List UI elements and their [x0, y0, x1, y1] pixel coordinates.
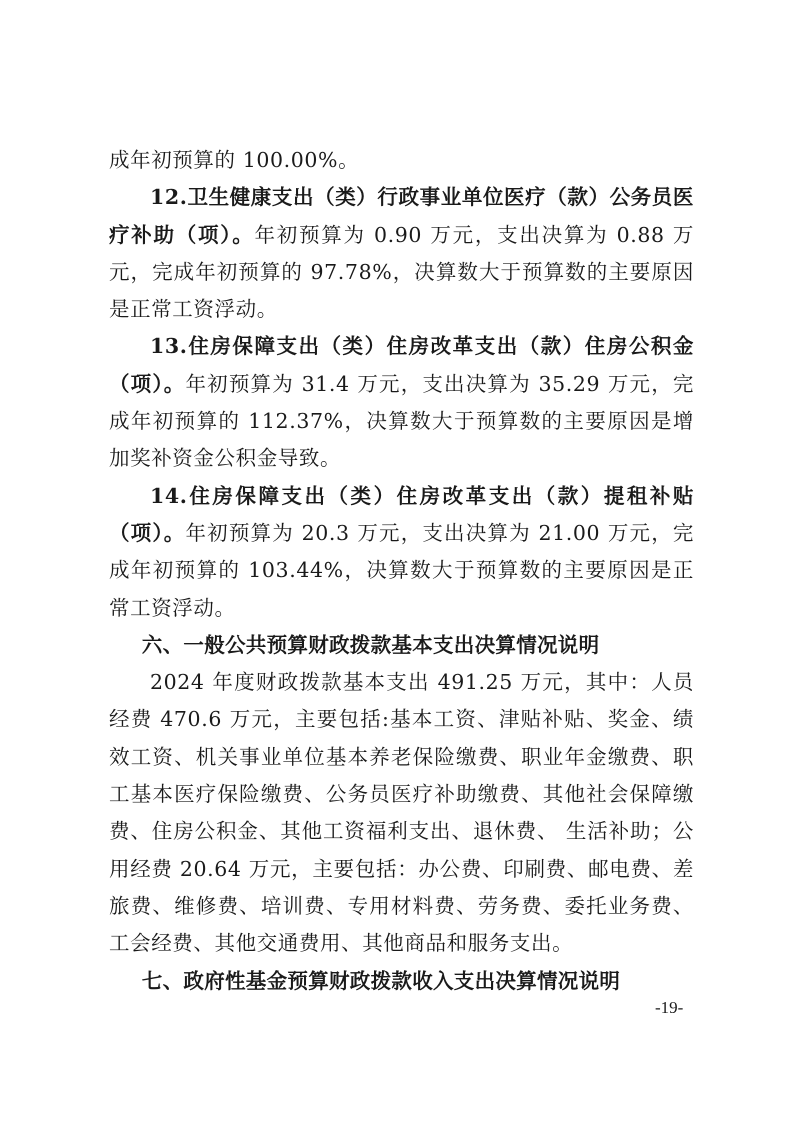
section-6-body: 2024 年度财政拨款基本支出 491.25 万元，其中：人员经费 470.6 …: [109, 664, 694, 962]
page-number: -19-: [655, 998, 683, 1018]
document-page: 成年初预算的 100.00%。 12.卫生健康支出（类）行政事业单位医疗（款）公…: [0, 0, 793, 1122]
item-13-body: 年初预算为 31.4 万元，支出决算为 35.29 万元，完成年初预算的 112…: [109, 372, 694, 471]
item-14-body: 年初预算为 20.3 万元，支出决算为 21.00 万元，完成年初预算的 103…: [109, 521, 694, 620]
page-content: 成年初预算的 100.00%。 12.卫生健康支出（类）行政事业单位医疗（款）公…: [109, 142, 694, 1000]
item-14-paragraph: 14.住房保障支出（类）住房改革支出（款）提租补贴（项）。年初预算为 20.3 …: [109, 478, 694, 627]
section-6-heading: 六、一般公共预算财政拨款基本支出决算情况说明: [109, 627, 694, 664]
item-12-paragraph: 12.卫生健康支出（类）行政事业单位医疗（款）公务员医疗补助（项）。年初预算为 …: [109, 179, 694, 328]
item-13-paragraph: 13.住房保障支出（类）住房改革支出（款）住房公积金（项）。年初预算为 31.4…: [109, 328, 694, 477]
paragraph-continuation: 成年初预算的 100.00%。: [109, 142, 694, 179]
section-7-heading: 七、政府性基金预算财政拨款收入支出决算情况说明: [109, 963, 694, 1000]
